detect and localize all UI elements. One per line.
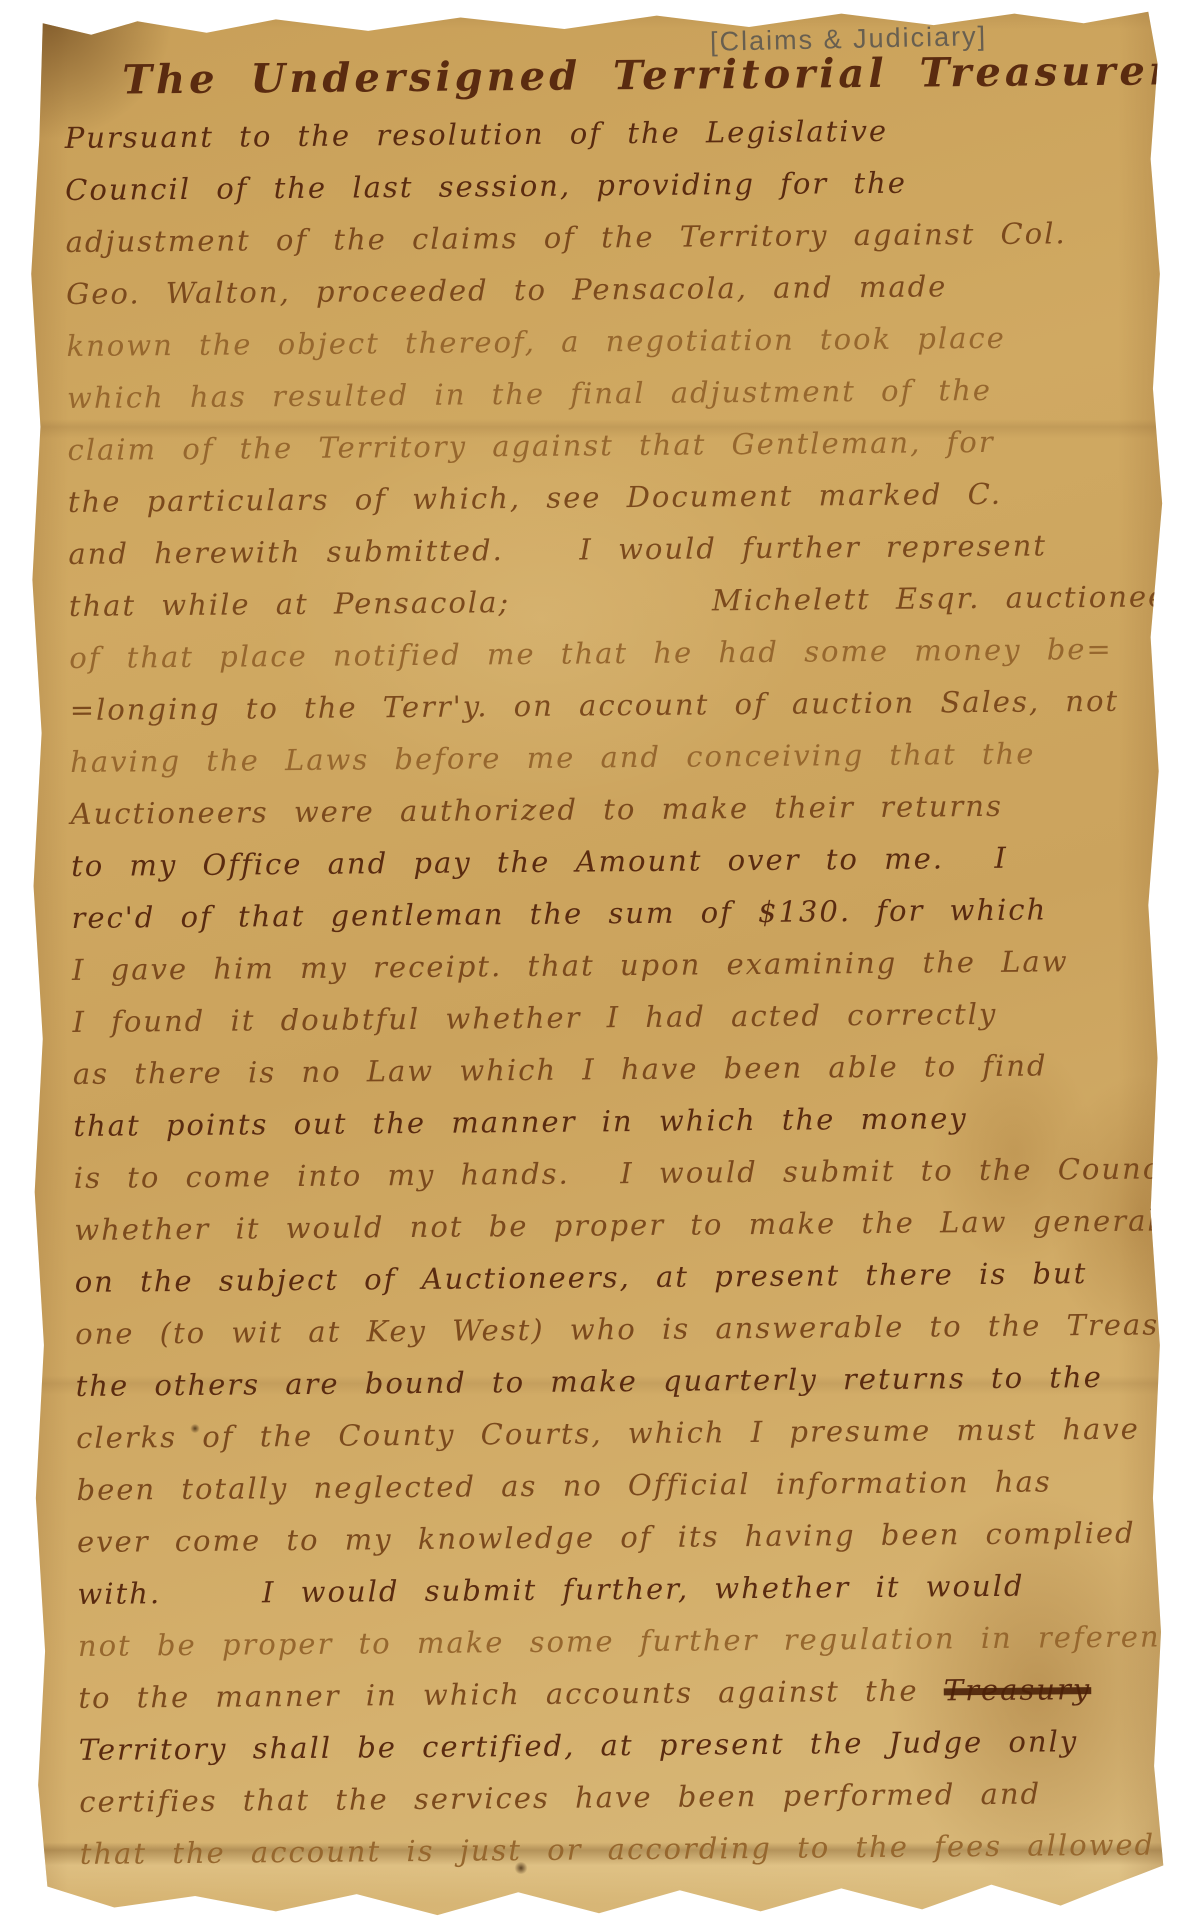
manuscript-line-text: and herewith submitted. I would further … [68, 528, 1047, 571]
scanned-document-page: [Claims & Judiciary] The Undersigned Ter… [0, 0, 1200, 1929]
manuscript-line-text: The Undersigned Territorial Treasurer [122, 47, 1174, 103]
manuscript-line: the others are bound to make quarterly r… [75, 1350, 1161, 1411]
manuscript-line-text: been totally neglected as no Official in… [76, 1464, 1051, 1507]
manuscript-line-text: claim of the Territory against that Gent… [67, 425, 994, 467]
manuscript-line-text: whether it would not be proper to make t… [74, 1203, 1159, 1246]
manuscript-line: one (to wit at Key West) who is answerab… [75, 1298, 1161, 1359]
manuscript-line-text: with. I would submit further, whether it… [77, 1569, 1024, 1611]
manuscript-line: Pursuant to the resolution of the Legisl… [65, 103, 1151, 164]
manuscript-line-text: that the account is just or according to… [80, 1828, 1156, 1871]
manuscript-line-text: Council of the last session, providing f… [65, 166, 907, 207]
manuscript-line: certifies that the services have been pe… [79, 1766, 1165, 1827]
manuscript-line-text: adjustment of the claims of the Territor… [66, 216, 1067, 259]
manuscript-line-text: certifies that the services have been pe… [79, 1777, 1041, 1819]
struck-word: Treasury [944, 1672, 1092, 1707]
manuscript-line: =longing to the Terr'y. on account of au… [70, 674, 1156, 735]
manuscript-line-text: Pursuant to the resolution of the Legisl… [65, 114, 889, 155]
manuscript-line-text: which has resulted in the final adjustme… [67, 373, 992, 415]
manuscript-line: Council of the last session, providing f… [65, 155, 1151, 216]
manuscript-line-text: one (to wit at Key West) who is answerab… [75, 1307, 1188, 1351]
manuscript-line-text: not be proper to make some further regul… [78, 1619, 1198, 1663]
manuscript-line: whether it would not be proper to make t… [74, 1194, 1160, 1255]
manuscript-line-text: I found it doubtful whether I had acted … [72, 997, 997, 1039]
manuscript-line: that while at Pensacola; Michelett Esqr.… [69, 571, 1155, 632]
manuscript-line: not be proper to make some further regul… [78, 1610, 1164, 1671]
manuscript-line: Territory shall be certified, at present… [79, 1714, 1165, 1775]
manuscript-line: Auctioneers were authorized to make thei… [70, 778, 1156, 839]
manuscript-line-text: I gave him my receipt. that upon examini… [72, 944, 1069, 987]
manuscript-line: to my Office and pay the Amount over to … [71, 830, 1157, 891]
manuscript-line: is to come into my hands. I would submit… [74, 1142, 1160, 1203]
manuscript-line-text: the others are bound to make quarterly r… [76, 1360, 1103, 1403]
manuscript-line: which has resulted in the final adjustme… [67, 363, 1153, 424]
manuscript-line: Geo. Walton, proceeded to Pensacola, and… [66, 259, 1152, 320]
manuscript-line: having the Laws before me and conceiving… [70, 726, 1156, 787]
manuscript-line-text: having the Laws before me and conceiving… [70, 737, 1035, 779]
manuscript-line-text: as there is no Law which I have been abl… [73, 1048, 1048, 1091]
manuscript-line: to the manner in which accounts against … [78, 1662, 1164, 1723]
manuscript-line-text: rec'd of that gentleman the sum of $130.… [71, 892, 1047, 935]
manuscript-line: been totally neglected as no Official in… [76, 1454, 1162, 1515]
manuscript-line-text: that points out the manner in which the … [73, 1101, 968, 1143]
manuscript-line: rec'd of that gentleman the sum of $130.… [71, 882, 1157, 943]
ink-blot [514, 1862, 528, 1874]
manuscript-line-text: Territory shall be certified, at present… [79, 1724, 1079, 1767]
manuscript-line: of that place notified me that he had so… [69, 623, 1155, 684]
manuscript-line-text: to my Office and pay the Amount over to … [71, 841, 1008, 883]
manuscript-line: that the account is just or according to… [80, 1818, 1166, 1879]
manuscript-line: on the subject of Auctioneers, at presen… [75, 1246, 1161, 1307]
manuscript-line-text: known the object thereof, a negotiation … [66, 321, 1006, 363]
manuscript-line-text: of that place notified me that he had so… [69, 632, 1113, 675]
manuscript-line-text: clerks of the County Courts, which I pre… [76, 1412, 1140, 1455]
manuscript-line: with. I would submit further, whether it… [77, 1558, 1163, 1619]
manuscript-line: that points out the manner in which the … [73, 1090, 1159, 1151]
manuscript-line: The Undersigned Territorial Treasurer [64, 41, 1150, 112]
manuscript-line: ever come to my knowledge of its having … [77, 1506, 1163, 1567]
manuscript-line: I gave him my receipt. that upon examini… [72, 934, 1158, 995]
manuscript-line-text: that while at Pensacola; Michelett Esqr.… [69, 579, 1184, 623]
manuscript-line-text: the particulars of which, see Document m… [68, 477, 1002, 519]
manuscript-line: I found it doubtful whether I had acted … [72, 986, 1158, 1047]
manuscript-line-text: is to come into my hands. I would submit… [74, 1151, 1184, 1195]
manuscript-line: adjustment of the claims of the Territor… [65, 207, 1151, 268]
manuscript-line-text: Auctioneers were authorized to make thei… [71, 789, 1004, 831]
manuscript-paper: [Claims & Judiciary] The Undersigned Ter… [22, 6, 1176, 1919]
ink-blot [190, 1424, 200, 1433]
manuscript-line: the particulars of which, see Document m… [68, 467, 1154, 528]
manuscript-line-text: to the manner in which accounts against … [78, 1673, 944, 1715]
manuscript-line: clerks of the County Courts, which I pre… [76, 1402, 1162, 1463]
manuscript-line: as there is no Law which I have been abl… [73, 1038, 1159, 1099]
manuscript-line-text: ever come to my knowledge of its having … [77, 1516, 1136, 1559]
manuscript-line-text: Geo. Walton, proceeded to Pensacola, and… [66, 269, 948, 311]
manuscript-line-text: =longing to the Terr'y. on account of au… [70, 684, 1120, 727]
manuscript-line: known the object thereof, a negotiation … [66, 311, 1152, 372]
manuscript-line-text: on the subject of Auctioneers, at presen… [75, 1256, 1088, 1299]
manuscript-body: The Undersigned Territorial TreasurerPur… [64, 41, 1166, 1880]
manuscript-line: claim of the Territory against that Gent… [67, 415, 1153, 476]
manuscript-line: and herewith submitted. I would further … [68, 519, 1154, 580]
